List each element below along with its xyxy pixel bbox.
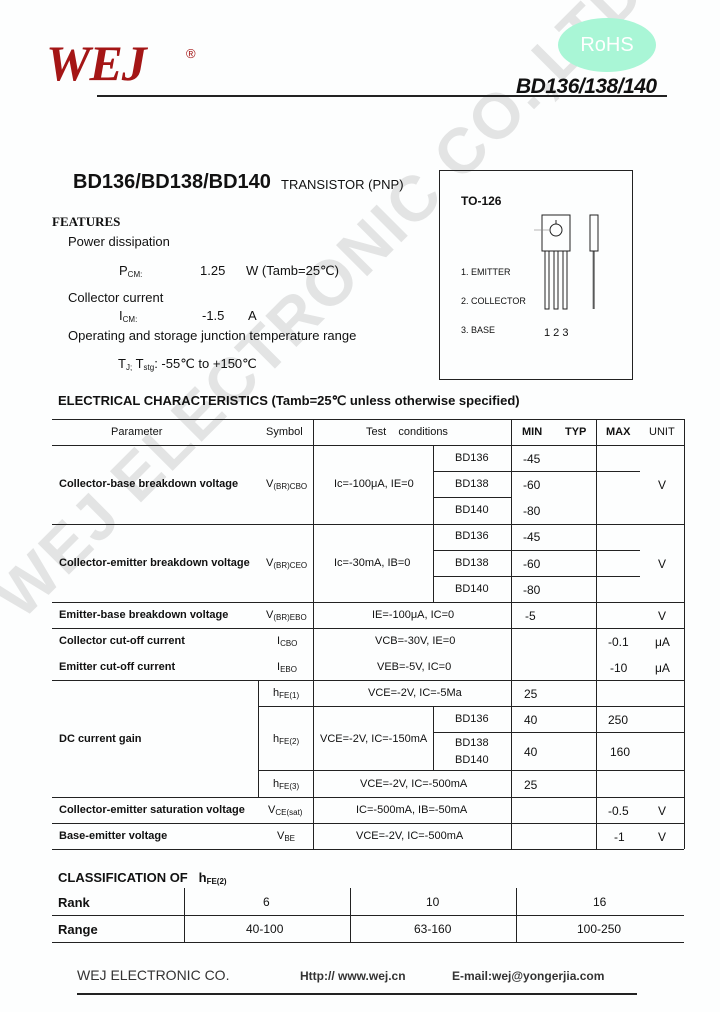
hfe1-condition: VCE=-2V, IC=-5Ma: [368, 687, 462, 699]
hfe2-bd136-min: 40: [524, 713, 537, 727]
footer-company: WEJ ELECTRONIC CO.: [77, 967, 229, 983]
unit-value: V: [658, 557, 666, 571]
unit-value: μA: [655, 661, 670, 675]
transistor-drawing-icon: [530, 211, 610, 311]
pin-3-label: 3. BASE: [461, 325, 495, 335]
unit-value: μA: [655, 635, 670, 649]
col-unit: UNIT: [649, 426, 675, 438]
header-divider: [97, 95, 667, 97]
power-dissipation-label: Power dissipation: [68, 234, 170, 249]
unit-value: V: [658, 609, 666, 623]
range-16: 100-250: [577, 922, 621, 936]
table-row-symbol: IEBO: [277, 661, 297, 674]
table-row-param: Collector cut-off current: [59, 635, 185, 647]
pin-2-label: 2. COLLECTOR: [461, 296, 526, 306]
icm-symbol: ICM:: [119, 308, 137, 324]
min-value: -80: [523, 583, 540, 597]
hfe3-min: 25: [524, 778, 537, 792]
table-row-condition: IC=-500mA, IB=-50mA: [356, 804, 467, 816]
temp-range-label: Operating and storage junction temperatu…: [68, 328, 356, 343]
page-title: BD136/BD138/BD140: [73, 171, 271, 194]
table-row-condition: Ic=-100μA, IE=0: [334, 478, 414, 490]
col-test-conditions: Test conditions: [366, 426, 448, 438]
variant-bd138: BD138: [455, 478, 489, 490]
footer-divider: [77, 993, 637, 995]
features-heading: FEATURES: [52, 214, 120, 230]
variant-bd140: BD140: [455, 583, 489, 595]
footer-email[interactable]: E-mail:wej@yongerjia.com: [452, 969, 604, 983]
company-logo: WEJ: [46, 38, 146, 88]
table-row-param: Emitter-base breakdown voltage: [59, 609, 228, 621]
range-6: 40-100: [246, 922, 283, 936]
table-row-symbol: V(BR)CBO: [266, 478, 307, 491]
electrical-characteristics-heading: ELECTRICAL CHARACTERISTICS (Tamb=25℃ unl…: [58, 393, 520, 409]
max-value: -0.5: [608, 804, 629, 818]
min-value: -80: [523, 504, 540, 518]
variant-bd136: BD136: [455, 713, 489, 725]
rohs-badge: RoHS: [558, 18, 656, 72]
table-row-param: Collector-emitter breakdown voltage: [59, 557, 250, 569]
table-row-param: Emitter cut-off current: [59, 661, 175, 673]
col-min: MIN: [522, 426, 542, 438]
package-diagram: TO-126 1. EMITTER 2. COLLECTOR 3. BASE 1…: [439, 170, 633, 380]
table-row-condition: VEB=-5V, IC=0: [377, 661, 451, 673]
variant-bd140: BD140: [455, 754, 489, 766]
pcm-value: 1.25: [200, 263, 225, 278]
min-value: -5: [525, 609, 536, 623]
table-row-param: DC current gain: [59, 733, 142, 745]
hfe2-bd136-max: 250: [608, 713, 628, 727]
max-value: -0.1: [608, 635, 629, 649]
table-row-condition: Ic=-30mA, IB=0: [334, 557, 410, 569]
unit-value: V: [658, 804, 666, 818]
range-label: Range: [58, 922, 98, 937]
hfe2-bd138-140-min: 40: [524, 745, 537, 759]
hfe3-symbol: hFE(3): [273, 778, 299, 791]
unit-value: V: [658, 478, 666, 492]
col-typ: TYP: [565, 426, 586, 438]
table-row-symbol: V(BR)EBO: [266, 609, 307, 622]
device-type: TRANSISTOR (PNP): [281, 177, 404, 192]
collector-current-label: Collector current: [68, 290, 163, 305]
pcm-unit: W (Tamb=25℃): [246, 263, 339, 279]
classification-heading: CLASSIFICATION OF hFE(2): [58, 870, 227, 886]
package-name: TO-126: [461, 194, 501, 208]
min-value: -60: [523, 478, 540, 492]
pin-1-label: 1. EMITTER: [461, 267, 511, 277]
footer-website[interactable]: Http:// www.wej.cn: [300, 969, 406, 983]
table-row-param: Collector-emitter saturation voltage: [59, 804, 245, 816]
min-value: -60: [523, 557, 540, 571]
table-row-symbol: ICBO: [277, 635, 297, 648]
table-row-condition: VCB=-30V, IE=0: [375, 635, 455, 647]
max-value: -1: [614, 830, 625, 844]
min-value: -45: [523, 530, 540, 544]
hfe1-symbol: hFE(1): [273, 687, 299, 700]
col-max: MAX: [606, 426, 630, 438]
unit-value: V: [658, 830, 666, 844]
variant-bd138: BD138: [455, 737, 489, 749]
variant-bd136: BD136: [455, 452, 489, 464]
max-value: -10: [610, 661, 627, 675]
icm-value: -1.5: [202, 308, 224, 323]
hfe2-symbol: hFE(2): [273, 733, 299, 746]
pin-numbers: 1 2 3: [544, 327, 568, 339]
range-10: 63-160: [414, 922, 451, 936]
registered-mark: ®: [186, 46, 196, 61]
table-row-param: Base-emitter voltage: [59, 830, 167, 842]
table-row-param: Collector-base breakdown voltage: [59, 478, 238, 490]
rank-10: 10: [426, 895, 439, 909]
variant-bd138: BD138: [455, 557, 489, 569]
rank-16: 16: [593, 895, 606, 909]
min-value: -45: [523, 452, 540, 466]
hfe3-condition: VCE=-2V, IC=-500mA: [360, 778, 467, 790]
variant-bd136: BD136: [455, 530, 489, 542]
variant-bd140: BD140: [455, 504, 489, 516]
pcm-symbol: PCM:: [119, 263, 142, 279]
hfe1-min: 25: [524, 687, 537, 701]
table-row-condition: IE=-100μA, IC=0: [372, 609, 454, 621]
hfe2-bd138-140-max: 160: [610, 745, 630, 759]
rank-label: Rank: [58, 895, 90, 910]
table-row-symbol: V(BR)CEO: [266, 557, 307, 570]
icm-unit: A: [248, 308, 257, 323]
table-row-symbol: VBE: [277, 830, 295, 843]
col-symbol: Symbol: [266, 426, 303, 438]
table-row-condition: VCE=-2V, IC=-500mA: [356, 830, 463, 842]
table-row-symbol: VCE(sat): [268, 804, 302, 817]
col-parameter: Parameter: [111, 426, 162, 438]
hfe2-condition: VCE=-2V, IC=-150mA: [320, 733, 427, 745]
rank-6: 6: [263, 895, 270, 909]
temp-range-value: TJ; Tstg: -55℃ to +150℃: [118, 356, 257, 372]
